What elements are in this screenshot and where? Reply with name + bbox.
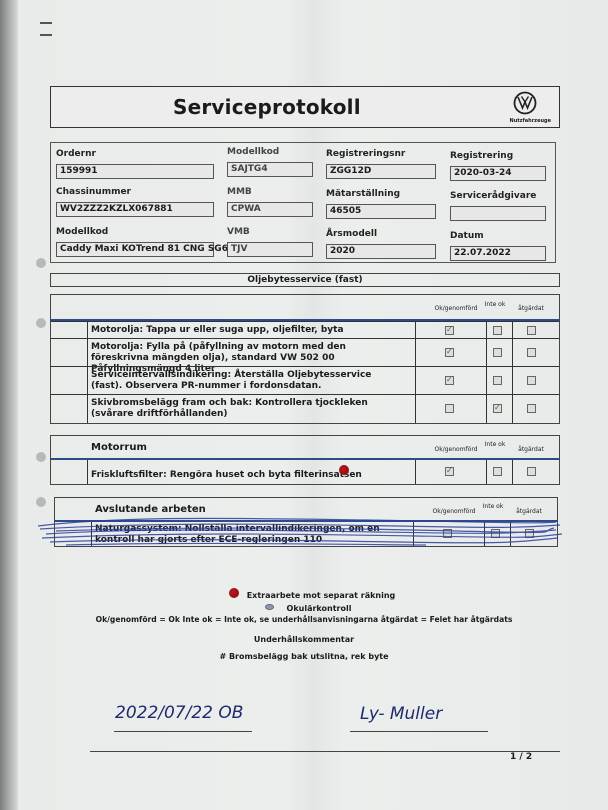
ok-checkbox[interactable] [445, 376, 454, 385]
registrering-field: Registrering 2020-03-24 [450, 151, 546, 181]
table-row: Skivbromsbelägg fram och bak: Kontroller… [51, 394, 559, 423]
col-atgardat-header: åtgärdat [509, 508, 549, 515]
col-atgardat-header: åtgärdat [511, 305, 551, 312]
staple-mark [40, 34, 52, 36]
inte-ok-checkbox[interactable] [493, 467, 502, 476]
servicradgivare-field: Servicerådgivare [450, 191, 546, 221]
col-atgardat-header: åtgärdat [511, 446, 551, 453]
comments-text: # Bromsbelägg bak utslitna, rek byte [0, 652, 608, 661]
vehicle-info-box: Ordernr 159991 Modellkod SAJTG4 Registre… [50, 142, 556, 263]
vw-logo-icon [513, 91, 537, 115]
ok-checkbox[interactable] [445, 326, 454, 335]
page-number: 1 / 2 [510, 752, 532, 762]
atgardat-checkbox[interactable] [527, 376, 536, 385]
col-inte-ok-header: Inte ok [482, 503, 504, 510]
inte-ok-checkbox[interactable] [493, 376, 502, 385]
col-ok-header: Ok/genomförd [421, 305, 491, 312]
legend-extra-work: Extraarbete mot separat räkning [0, 591, 608, 600]
ordernr-field: Ordernr 159991 [56, 149, 214, 179]
inte-ok-checkbox[interactable] [493, 404, 502, 413]
atgardat-checkbox[interactable] [527, 348, 536, 357]
modell-field: Modellkod Caddy Maxi KOTrend 81 CNG SG6 [56, 227, 214, 257]
ok-checkbox[interactable] [445, 348, 454, 357]
mmb-field: MMB CPWA [227, 187, 313, 217]
comments-heading: Underhållskommentar [0, 635, 608, 644]
signature-line [350, 731, 488, 732]
staple-mark [40, 22, 52, 24]
title-box: Serviceprotokoll Nutzfahrzeuge [50, 86, 560, 128]
punch-hole [36, 497, 46, 507]
document-title: Serviceprotokoll [173, 95, 361, 119]
ok-checkbox[interactable] [443, 529, 452, 538]
inte-ok-checkbox[interactable] [493, 348, 502, 357]
section-title-oljebyte: Oljebytesservice (fast) [50, 273, 560, 287]
section-title-motorrum: Motorrum [91, 442, 147, 453]
atgardat-checkbox[interactable] [525, 529, 534, 538]
vmb-field: VMB TJV [227, 227, 313, 257]
inte-ok-checkbox[interactable] [491, 529, 500, 538]
handwritten-signature: Ly- Muller [360, 704, 442, 724]
ok-checkbox[interactable] [445, 404, 454, 413]
punch-hole [36, 318, 46, 328]
legend-explanation: Ok/genomförd = Ok Inte ok = Inte ok, se … [0, 615, 608, 624]
matarstallning-field: Mätarställning 46505 [326, 189, 436, 219]
brand-subtitle: Nutzfahrzeuge [510, 118, 551, 124]
legend-visual-check: Okulärkontroll [0, 604, 608, 613]
atgardat-checkbox[interactable] [527, 467, 536, 476]
ok-checkbox[interactable] [445, 467, 454, 476]
table-row: Naturgassystem: Nollställa intervallindi… [55, 522, 557, 546]
registreringsnr-field: Registreringsnr ZGG12D [326, 149, 436, 179]
col-ok-header: Ok/genomförd [421, 446, 491, 453]
section-title-avslutande: Avslutande arbeten [95, 504, 206, 515]
inte-ok-checkbox[interactable] [493, 326, 502, 335]
arsmodell-field: Årsmodell 2020 [326, 229, 436, 259]
motorrum-table: Motorrum Ok/genomförd Inte ok åtgärdat F… [50, 435, 560, 485]
date-line [114, 731, 252, 732]
col-inte-ok-header: Inte ok [484, 301, 506, 308]
col-inte-ok-header: Inte ok [484, 441, 506, 448]
atgardat-checkbox[interactable] [527, 404, 536, 413]
punch-hole [36, 258, 46, 268]
paper-edge [0, 0, 18, 810]
datum-field: Datum 22.07.2022 [450, 231, 546, 261]
oljebyte-table: Ok/genomförd Inte ok åtgärdat Motorolja:… [50, 294, 560, 424]
avslutande-table: Avslutande arbeten Ok/genomförd Inte ok … [54, 497, 558, 547]
extra-work-icon [339, 465, 349, 475]
table-row: Serviceintervallsindikering: Återställa … [51, 366, 559, 394]
table-row: Friskluftsfilter: Rengöra huset och byta… [51, 460, 559, 484]
punch-hole [36, 452, 46, 462]
atgardat-checkbox[interactable] [527, 326, 536, 335]
col-ok-header: Ok/genomförd [419, 508, 489, 515]
handwritten-date: 2022/07/22 OB [115, 703, 243, 723]
modellkod-field: Modellkod SAJTG4 [227, 147, 313, 177]
chassinummer-field: Chassinummer WV2ZZZ2KZLX067881 [56, 187, 214, 217]
table-row: Motorolja: Fylla på (påfyllning av motor… [51, 338, 559, 366]
footer-rule [90, 751, 560, 752]
table-row: Motorolja: Tappa ur eller suga upp, olje… [51, 321, 559, 338]
